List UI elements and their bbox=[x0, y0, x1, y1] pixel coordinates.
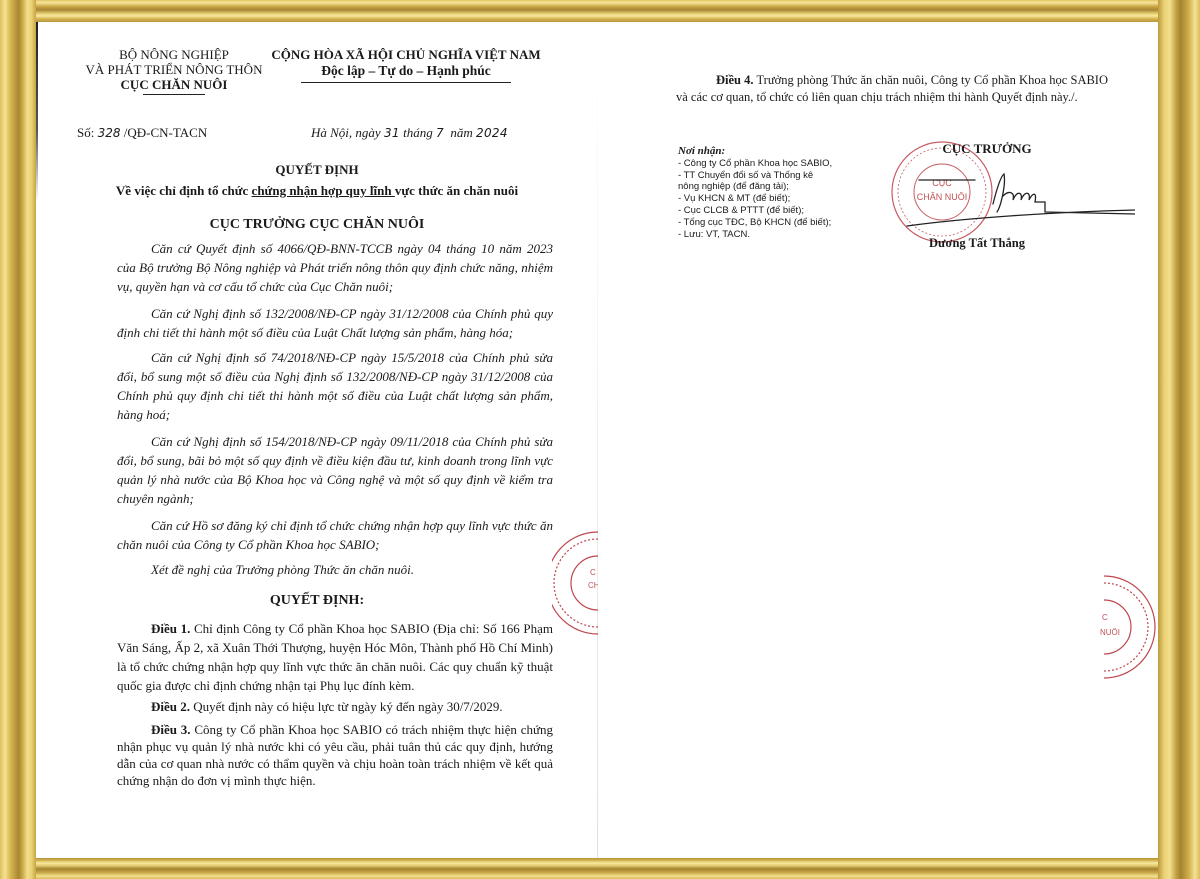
doc-number-prefix: Số: bbox=[77, 125, 98, 140]
issuing-position: CỤC TRƯỞNG CỤC CHĂN NUÔI bbox=[36, 217, 598, 233]
document-subject: Về việc chỉ định tổ chức chứng nhận hợp … bbox=[36, 183, 598, 199]
recipient-item: - Lưu: VT, TACN. bbox=[678, 229, 878, 241]
recipient-item: - TT Chuyển đổi số và Thống kê bbox=[678, 170, 878, 182]
motto-underline bbox=[301, 82, 511, 83]
preamble-4: Căn cứ Nghị định số 154/2018/NĐ-CP ngày … bbox=[117, 432, 553, 508]
frame-left bbox=[0, 0, 36, 879]
preamble-2: Căn cứ Nghị định số 132/2008/NĐ-CP ngày … bbox=[117, 304, 553, 342]
subject-part-1: Về việc chỉ định tổ chức bbox=[116, 183, 252, 198]
article-4-label: Điều 4. bbox=[716, 73, 754, 87]
ministry-line-1: BỘ NÔNG NGHIỆP bbox=[84, 47, 264, 62]
date-month-label: tháng bbox=[400, 125, 436, 140]
decision-heading: QUYẾT ĐỊNH: bbox=[36, 593, 598, 609]
ministry-line-2: VÀ PHÁT TRIỂN NÔNG THÔN bbox=[84, 62, 264, 77]
article-3: Điều 3. Công ty Cổ phần Khoa học SABIO c… bbox=[117, 721, 553, 789]
frame-inner-shadow bbox=[36, 22, 38, 202]
recipients-title: Nơi nhận: bbox=[678, 146, 878, 158]
recipients-block: Nơi nhận: - Công ty Cổ phần Khoa học SAB… bbox=[678, 146, 878, 240]
preamble-6: Xét đề nghị của Trưởng phòng Thức ăn chă… bbox=[117, 560, 553, 579]
article-2-text: Quyết định này có hiệu lực từ ngày ký đế… bbox=[190, 699, 503, 714]
preamble-1: Căn cứ Quyết định số 4066/QĐ-BNN-TCCB ng… bbox=[117, 239, 553, 296]
document-title: QUYẾT ĐỊNH bbox=[36, 162, 598, 178]
subject-part-underlined: chứng nhận hợp quy lĩnh bbox=[252, 183, 395, 198]
recipient-item: nông nghiệp (để đăng tải); bbox=[678, 181, 878, 193]
signatory-name: Dương Tất Thắng bbox=[912, 236, 1042, 251]
issuing-authority: BỘ NÔNG NGHIỆP VÀ PHÁT TRIỂN NÔNG THÔN C… bbox=[84, 47, 264, 95]
preamble-5: Căn cứ Hồ sơ đăng ký chỉ định tổ chức ch… bbox=[117, 516, 553, 554]
recipient-item: - Vụ KHCN & MT (để biết); bbox=[678, 193, 878, 205]
doc-number-suffix: /QĐ-CN-TACN bbox=[121, 125, 208, 140]
article-2: Điều 2. Quyết định này có hiệu lực từ ng… bbox=[117, 697, 553, 716]
page-divider bbox=[597, 22, 598, 858]
article-4: Điều 4. Trưởng phòng Thức ăn chăn nuôi, … bbox=[676, 72, 1108, 106]
republic-name: CỘNG HÒA XÃ HỘI CHỦ NGHĨA VIỆT NAM bbox=[262, 47, 550, 63]
article-2-label: Điều 2. bbox=[151, 699, 190, 714]
national-title: CỘNG HÒA XÃ HỘI CHỦ NGHĨA VIỆT NAM Độc l… bbox=[262, 47, 550, 83]
doc-number-handwritten: 328 bbox=[98, 126, 121, 140]
national-motto: Độc lập – Tự do – Hạnh phúc bbox=[262, 63, 550, 79]
document-number: Số: 328 /QĐ-CN-TACN bbox=[77, 125, 207, 141]
article-1-label: Điều 1. bbox=[151, 621, 190, 636]
document-date: Hà Nội, ngày 31 tháng 7 năm 2024 bbox=[311, 125, 508, 141]
frame-bottom bbox=[0, 858, 1200, 879]
recipient-item: - Cục CLCB & PTTT (để biết); bbox=[678, 205, 878, 217]
article-3-label: Điều 3. bbox=[151, 722, 191, 737]
subject-part-3: vực thức ăn chăn nuôi bbox=[395, 183, 518, 198]
recipient-item: - Tổng cục TĐC, Bộ KHCN (để biết); bbox=[678, 217, 878, 229]
recipient-item: - Công ty Cổ phần Khoa học SABIO, bbox=[678, 158, 878, 170]
date-month: 7 bbox=[436, 126, 444, 140]
frame-top bbox=[0, 0, 1200, 22]
agency-underline bbox=[143, 94, 205, 95]
frame-right bbox=[1158, 0, 1200, 879]
preamble-3: Căn cứ Nghị định số 74/2018/NĐ-CP ngày 1… bbox=[117, 348, 553, 424]
date-year: 2024 bbox=[476, 126, 508, 140]
date-year-label: năm bbox=[444, 125, 476, 140]
signatory-title: CỤC TRƯỞNG bbox=[932, 141, 1042, 157]
article-1: Điều 1. Chỉ định Công ty Cổ phần Khoa họ… bbox=[117, 619, 553, 695]
date-day: 31 bbox=[384, 126, 400, 140]
agency-name: CỤC CHĂN NUÔI bbox=[84, 77, 264, 92]
date-place: Hà Nội, ngày bbox=[311, 125, 384, 140]
